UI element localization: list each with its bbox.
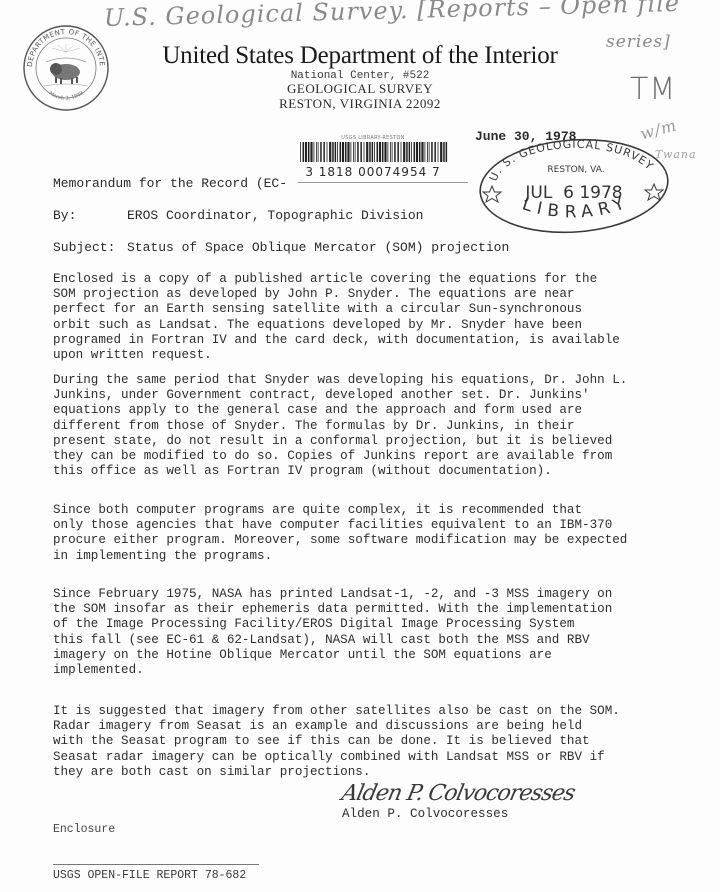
stamp-location: RESTON, VA. <box>547 165 604 175</box>
library-barcode: USGS LIBRARY-RESTON 3 1818 00074954 7 <box>298 135 448 179</box>
memo-by-line: By:EROS Coordinator, Topographic Divisio… <box>53 208 423 223</box>
memo-by-value: EROS Coordinator, Topographic Division <box>127 208 423 223</box>
body-paragraph-1: Enclosed is a copy of a published articl… <box>53 272 683 363</box>
body-paragraph-4: Since February 1975, NASA has printed La… <box>53 587 683 678</box>
agency-name: GEOLOGICAL SURVEY <box>150 82 570 96</box>
memo-subject-line: Subject:Status of Space Oblique Mercator… <box>53 240 509 255</box>
department-title: United States Department of the Interior <box>150 42 570 70</box>
report-number-footer: USGS OPEN-FILE REPORT 78-682 <box>53 869 246 882</box>
body-paragraph-2: During the same period that Snyder was d… <box>53 373 683 479</box>
barcode-label: USGS LIBRARY-RESTON <box>298 135 448 141</box>
memo-subject-label: Subject: <box>53 240 127 255</box>
body-paragraph-5: It is suggested that imagery from other … <box>53 704 683 780</box>
memo-by-label: By: <box>53 208 127 223</box>
memo-for-line: Memorandum for the Record (EC-64 Landsat… <box>53 176 373 191</box>
memo-subject-value: Status of Space Oblique Mercator (SOM) p… <box>127 240 509 255</box>
svg-text:March 3, 1849: March 3, 1849 <box>47 90 84 101</box>
handwritten-header-annotation: U.S. Geological Survey. [Reports – Open … <box>104 0 681 32</box>
seal-text-bottom: March 3, 1849 <box>47 90 84 101</box>
paragraph-text: Since February 1975, NASA has printed La… <box>53 587 683 678</box>
paragraph-text: Enclosed is a copy of a published articl… <box>53 272 683 363</box>
handwritten-signature: Alden P. Colvocoresses <box>339 781 577 806</box>
svg-text:U.S. DEPARTMENT OF THE INTERIO: U.S. DEPARTMENT OF THE INTERIOR <box>22 24 106 67</box>
memo-for-text: Memorandum for the Record (EC- <box>53 176 287 191</box>
paragraph-text: It is suggested that imagery from other … <box>53 704 683 780</box>
address-line: RESTON, VIRGINIA 22092 <box>150 96 570 112</box>
department-of-interior-seal-icon: U.S. DEPARTMENT OF THE INTERIOR March 3,… <box>22 24 110 112</box>
star-icon <box>483 186 501 202</box>
handwritten-series-annotation: series] <box>606 32 671 52</box>
footer-divider <box>53 864 259 865</box>
handwritten-tm-initials: TM <box>630 72 676 107</box>
stamp-top-text: U. S. GEOLOGICAL SURVEY <box>487 138 657 183</box>
seal-text-top: U.S. DEPARTMENT OF THE INTERIOR <box>22 24 106 67</box>
star-icon <box>645 184 663 200</box>
letterhead: United States Department of the Interior… <box>150 42 570 112</box>
paragraph-text: During the same period that Snyder was d… <box>53 373 683 479</box>
memo-page: U.S. Geological Survey. [Reports – Open … <box>0 0 720 892</box>
library-received-stamp: U. S. GEOLOGICAL SURVEY RESTON, VA. JUL … <box>474 134 674 234</box>
signatory-name: Alden P. Colvocoresses <box>342 807 508 821</box>
barcode-bars-icon <box>298 142 448 162</box>
svg-text:U. S. GEOLOGICAL SURVEY: U. S. GEOLOGICAL SURVEY <box>487 138 657 183</box>
paragraph-text: Since both computer programs are quite c… <box>53 503 683 564</box>
enclosure-label: Enclosure <box>53 823 115 836</box>
body-paragraph-3: Since both computer programs are quite c… <box>53 503 683 564</box>
